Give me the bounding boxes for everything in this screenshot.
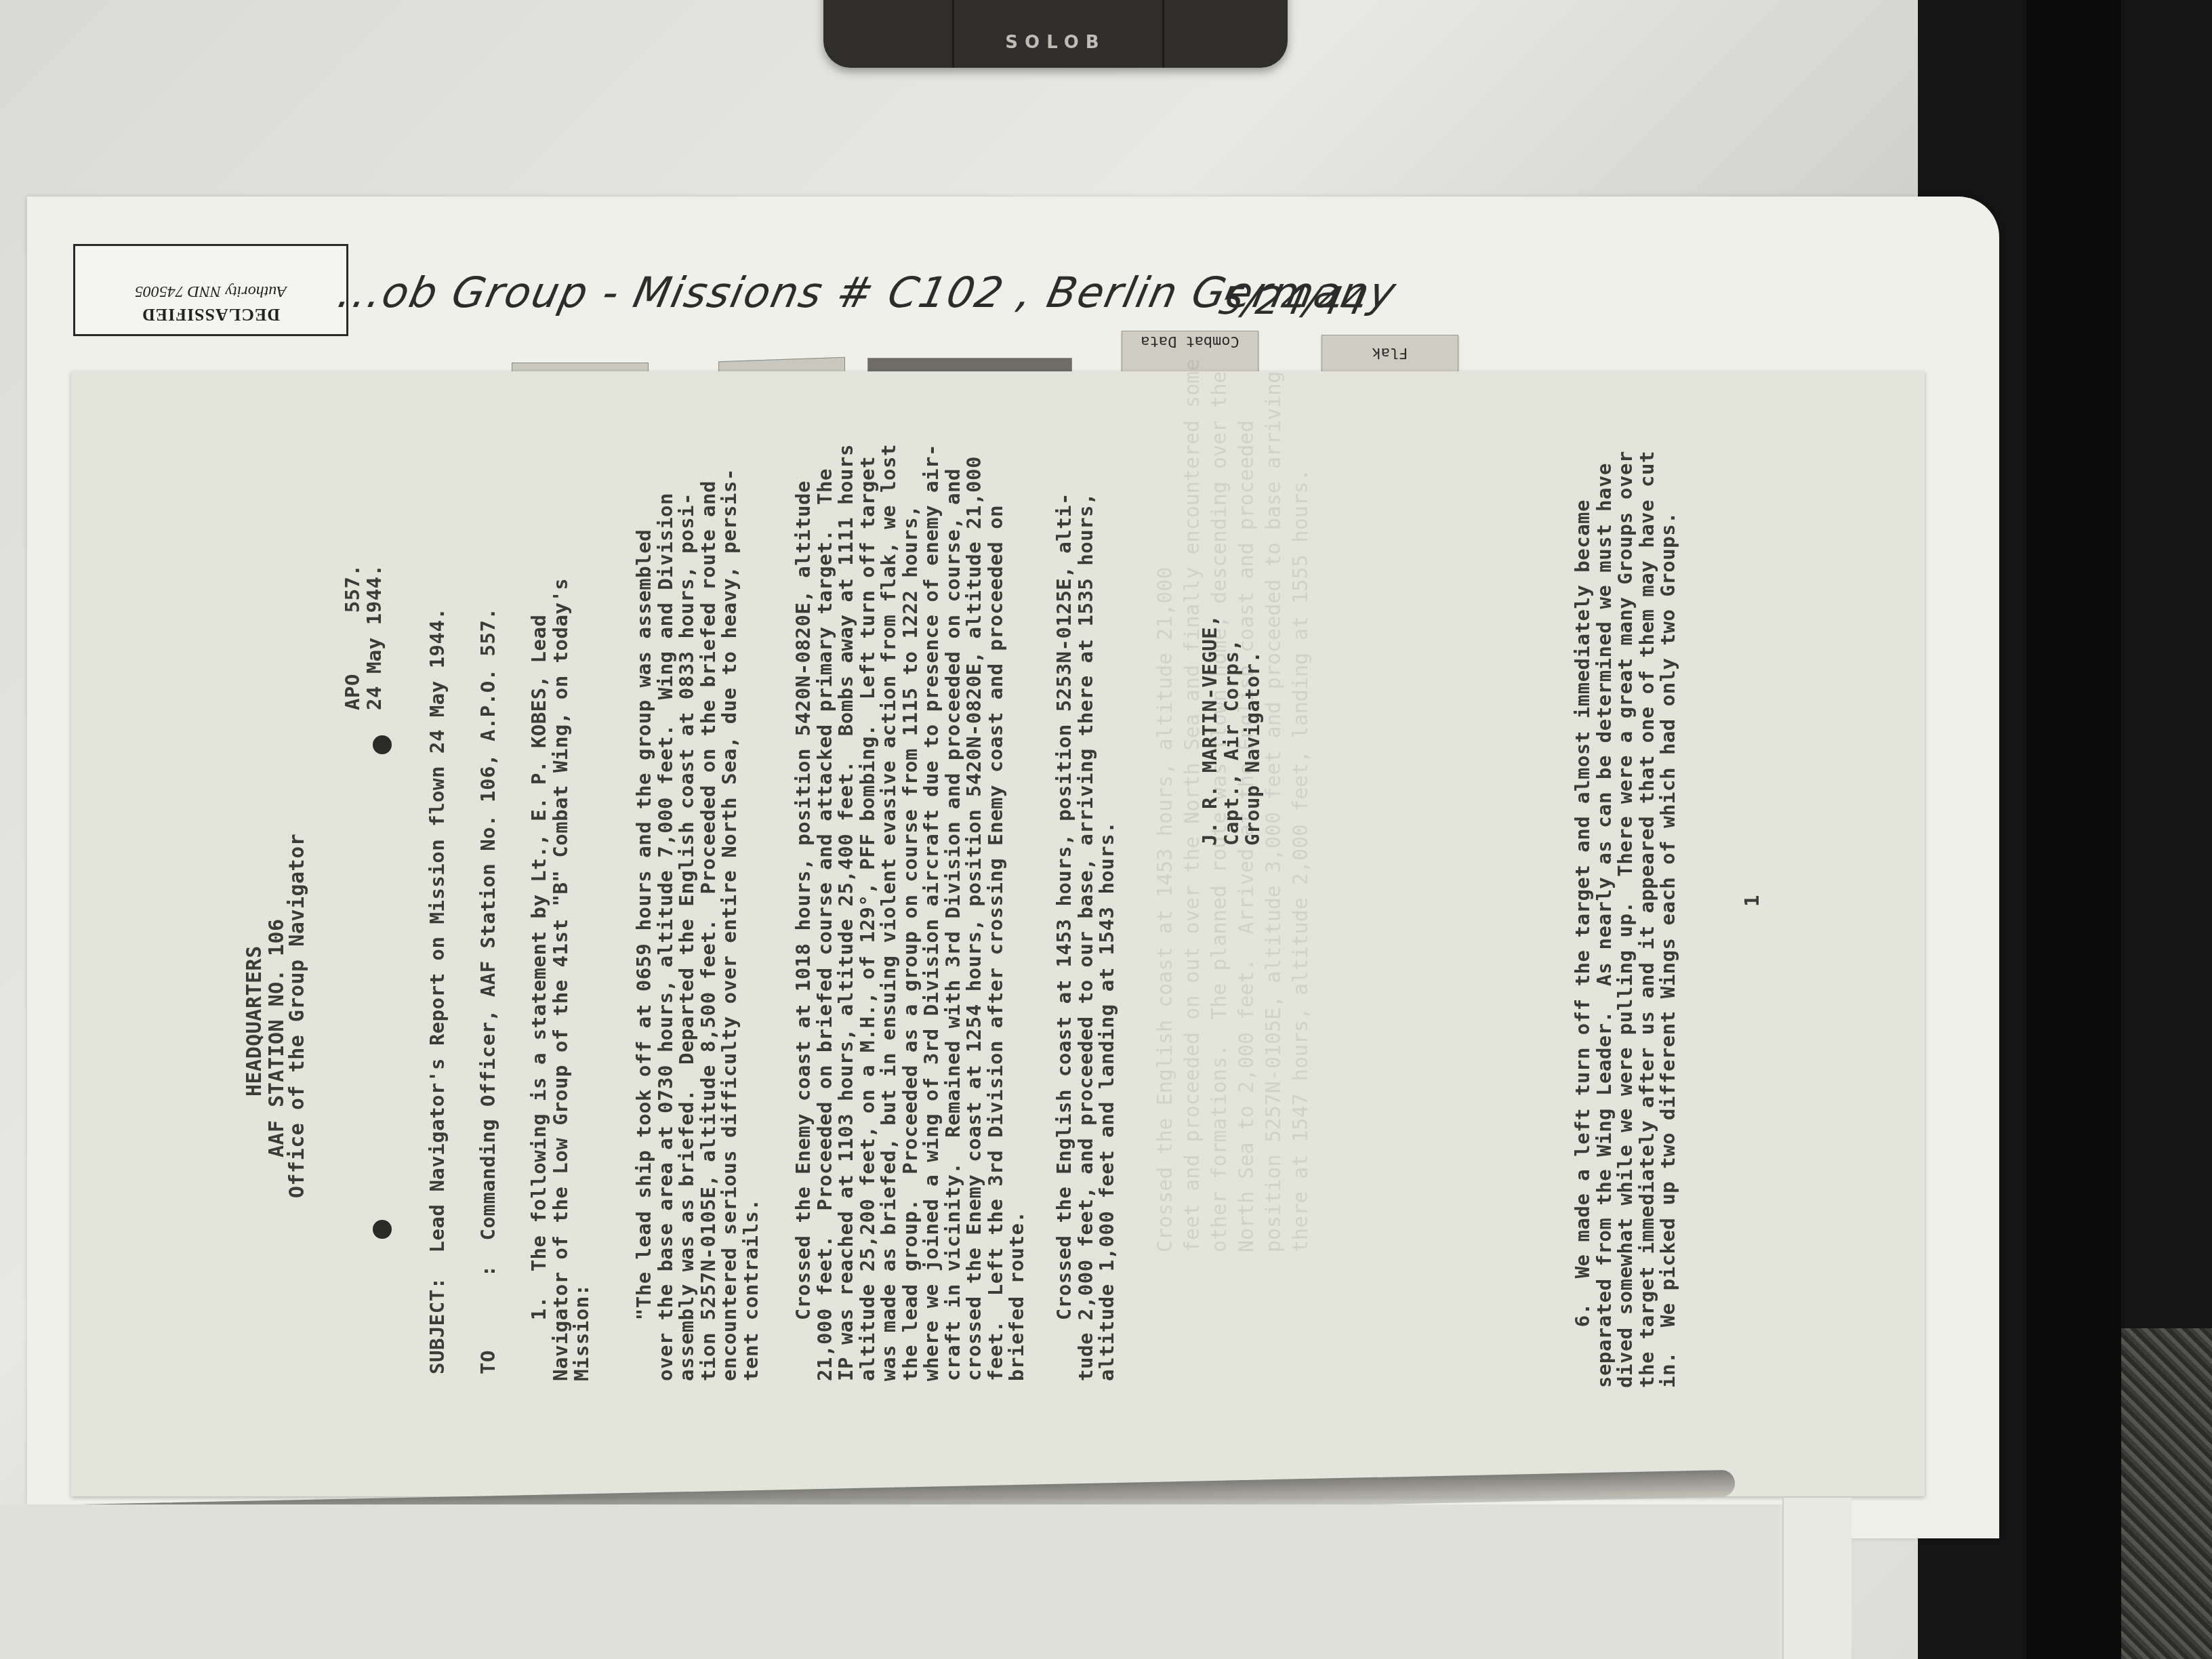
punch-hole: [373, 1220, 392, 1239]
narrative-paragraph-2: Crossed the Enemy coast at 1018 hours, p…: [793, 444, 1028, 1381]
tab-label: Flak: [1322, 335, 1458, 369]
background-dark-edge: [2026, 0, 2121, 1659]
background-carpet: [2121, 1328, 2212, 1659]
subject-line: SUBJECT: Lead Navigator's Report on Miss…: [427, 608, 449, 1374]
signature-block: J. R. MARTIN-VEGUE, Capt., Air Corps, Gr…: [1200, 615, 1264, 846]
paragraph-6: 6. We made a left turn off the target an…: [1572, 451, 1679, 1388]
paper-stack-below: [0, 1504, 1796, 1659]
page-number: 1: [1742, 895, 1763, 907]
declassified-stamp: DECLASSIFIED Authority NND 745005: [73, 244, 348, 336]
document-page-content: Crossed the English coast at 1453 hours,…: [71, 371, 1925, 1496]
document-page: Crossed the English coast at 1453 hours,…: [71, 371, 1925, 1496]
header-station: AAF STATION NO. 106: [266, 918, 288, 1158]
apo-line: APO 557.: [342, 564, 364, 710]
handwritten-folder-date: 5/24/44: [1215, 279, 1371, 323]
paragraph-1: 1. The following is a statement by Lt., …: [529, 578, 593, 1381]
to-line: TO : Commanding Officer, AAF Station No.…: [478, 608, 499, 1374]
narrative-paragraph-1: "The lead ship took off at 0659 hours an…: [634, 468, 762, 1381]
folder-tab-flak[interactable]: Flak: [1322, 335, 1458, 373]
declassified-authority: Authority NND 745005: [75, 282, 346, 300]
header-headquarters: HEADQUARTERS: [244, 945, 266, 1097]
declassified-title: DECLASSIFIED: [75, 304, 346, 325]
header-office: Office of the Group Navigator: [287, 834, 308, 1198]
tab-label: Combat Data: [1122, 331, 1258, 352]
device-label: SOLOB: [823, 33, 1288, 53]
narrative-paragraph-3: Crossed the English coast at 1453 hours,…: [1054, 493, 1118, 1381]
folder-bottom-edge: [1782, 1498, 1851, 1659]
date-line: 24 May 1944.: [364, 564, 386, 710]
scanner-device: SOLOB: [823, 0, 1288, 68]
punch-hole: [373, 735, 392, 754]
